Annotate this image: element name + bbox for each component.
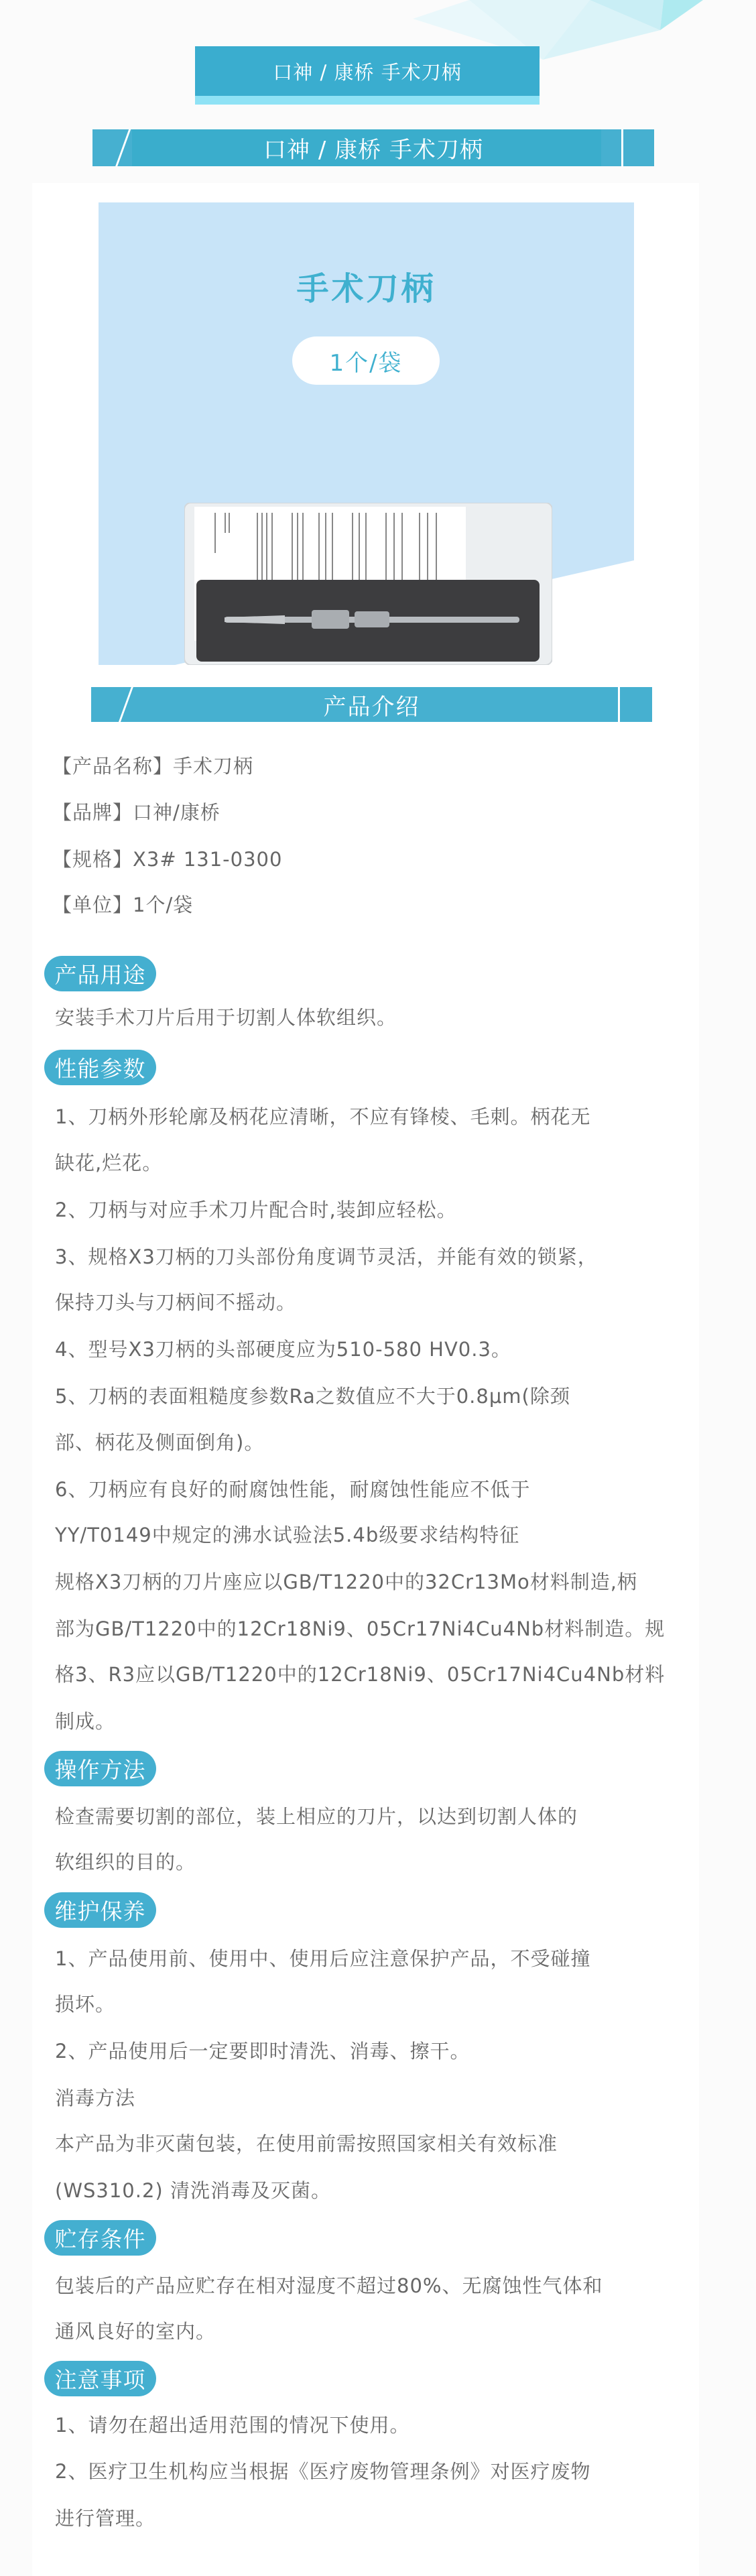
operation-line: 软组织的目的。 <box>55 1849 678 1876</box>
info-product-name: 【产品名称】手术刀柄 <box>52 753 676 780</box>
info-unit: 【单位】1个/袋 <box>52 892 676 918</box>
title-banner-accent-strip <box>195 96 540 105</box>
section-title-operation: 操作方法 <box>44 1751 156 1786</box>
title-banner-text: 口神 / 康桥 手术刀柄 <box>273 58 461 85</box>
subtitle-banner-text: 口神 / 康桥 手术刀柄 <box>92 129 654 166</box>
performance-line: 规格X3刀柄的刀片座应以GB/T1220中的32Cr13Mo材料制造,柄 <box>55 1569 678 1595</box>
section-title-usage: 产品用途 <box>44 956 156 991</box>
performance-line: 制成。 <box>55 1708 678 1735</box>
performance-line: 6、刀柄应有良好的耐腐蚀性能，耐腐蚀性能应不低于 <box>55 1476 678 1503</box>
info-brand: 【品牌】口神/康桥 <box>52 799 676 826</box>
disinfection-subheading: 消毒方法 <box>55 2085 678 2111</box>
usage-line: 安装手术刀片后用于切割人体软组织。 <box>55 1004 678 1031</box>
performance-line: 3、规格X3刀柄的刀头部份角度调节灵活，并能有效的锁紧， <box>55 1243 678 1270</box>
performance-line: 2、刀柄与对应手术刀片配合时,装卸应轻松。 <box>55 1197 678 1223</box>
product-case-image <box>184 503 552 665</box>
info-spec: 【规格】X3# 131-0300 <box>52 846 676 873</box>
precautions-line: 进行管理。 <box>55 2505 678 2532</box>
section-title-storage: 贮存条件 <box>44 2220 156 2256</box>
section-title-precautions: 注意事项 <box>44 2361 156 2396</box>
maintenance-line: 1、产品使用前、使用中、使用后应注意保护产品，不受碰撞 <box>55 1945 678 1972</box>
operation-line: 检查需要切割的部位，装上相应的刀片，以达到切割人体的 <box>55 1803 678 1830</box>
storage-line: 包装后的产品应贮存在相对湿度不超过80%、无腐蚀性气体和 <box>55 2272 678 2299</box>
storage-line: 通风良好的室内。 <box>55 2318 678 2345</box>
title-banner: 口神 / 康桥 手术刀柄 <box>195 46 540 96</box>
performance-line: 保持刀头与刀柄间不摇动。 <box>55 1289 678 1316</box>
maintenance-line: (WS310.2) 清洗消毒及灭菌。 <box>55 2177 678 2204</box>
precautions-line: 1、请勿在超出适用范围的情况下使用。 <box>55 2412 678 2439</box>
subtitle-banner: 口神 / 康桥 手术刀柄 <box>92 129 654 166</box>
section-title-performance: 性能参数 <box>44 1050 156 1085</box>
maintenance-line: 损坏。 <box>55 1991 678 2018</box>
hero-title: 手术刀柄 <box>99 263 634 309</box>
section-banner-product-intro: 产品介绍 <box>91 687 652 722</box>
unit-badge: 1个/袋 <box>292 336 440 385</box>
performance-line: 部为GB/T1220中的12Cr18Ni9、05Cr17Ni4Cu4Nb材料制造… <box>55 1615 678 1642</box>
performance-line: 4、型号X3刀柄的头部硬度应为510-580 HV0.3。 <box>55 1336 678 1363</box>
performance-line: 1、刀柄外形轮廓及柄花应清晰，不应有锋棱、毛刺。柄花无 <box>55 1103 678 1130</box>
performance-line: 5、刀柄的表面粗糙度参数Ra之数值应不大于0.8μm(除颈 <box>55 1383 678 1410</box>
product-hero-image: 手术刀柄 1个/袋 <box>99 202 634 665</box>
performance-line: 格3、R3应以GB/T1220中的12Cr18Ni9、05Cr17Ni4Cu4N… <box>55 1661 678 1688</box>
performance-line: YY/T0149中规定的沸水试验法5.4b级要求结构特征 <box>55 1522 678 1548</box>
section-banner-text: 产品介绍 <box>91 687 652 722</box>
section-title-maintenance: 维护保养 <box>44 1892 156 1928</box>
performance-line: 缺花,烂花。 <box>55 1150 678 1176</box>
maintenance-line: 2、产品使用后一定要即时清洗、消毒、擦干。 <box>55 2038 678 2065</box>
maintenance-line: 本产品为非灭菌包装，在使用前需按照国家相关有效标准 <box>55 2130 678 2157</box>
precautions-line: 2、医疗卫生机构应当根据《医疗废物管理条例》对医疗废物 <box>55 2458 678 2485</box>
performance-line: 部、柄花及侧面倒角)。 <box>55 1429 678 1456</box>
